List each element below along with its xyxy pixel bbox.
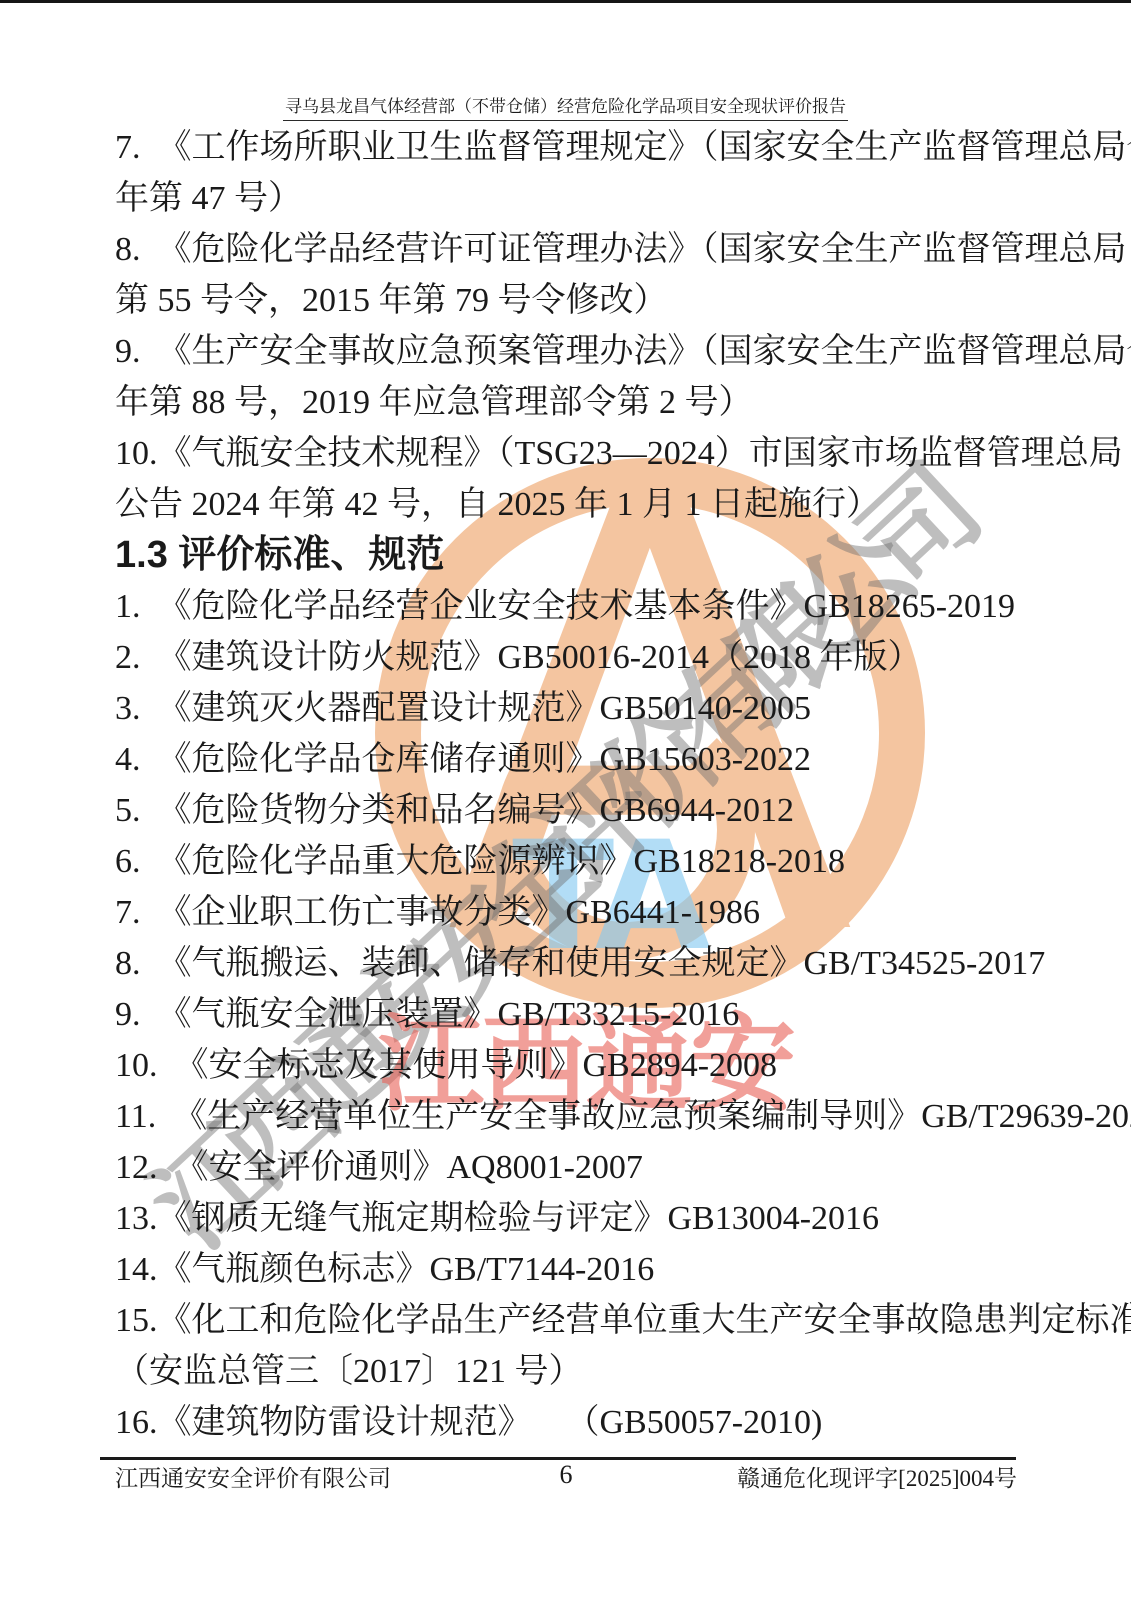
text-line: 11. 《生产经营单位生产安全事故应急预案编制导则》GB/T29639-2020 [115,1091,1017,1142]
text-line: 7. 《企业职工伤亡事故分类》GB6441-1986 [115,887,1017,938]
section-heading: 1.3 评价标准、规范 [115,530,1017,581]
text-line: 12. 《安全评价通则》AQ8001-2007 [115,1142,1017,1193]
footer-company: 江西通安安全评价有限公司 [115,1464,391,1494]
text-line: 5. 《危险货物分类和品名编号》GB6944-2012 [115,785,1017,836]
text-line: 9. 《生产安全事故应急预案管理办法》（国家安全生产监督管理总局令 2016 [115,326,1017,377]
text-line: 8. 《危险化学品经营许可证管理办法》（国家安全生产监督管理总局 2012 年 [115,224,1017,275]
report-title-header: 寻乌县龙昌气体经营部（不带仓储）经营危险化学品项目安全现状评价报告 [283,94,848,121]
text-line: 10. 《安全标志及其使用导则》GB2894-2008 [115,1040,1017,1091]
text-line: 7. 《工作场所职业卫生监督管理规定》（国家安全生产监督管理总局令 2012 [115,122,1017,173]
footer-rule [100,1457,1016,1460]
text-line: 9. 《气瓶安全泄压装置》GB/T33215-2016 [115,989,1017,1040]
text-line: 公告 2024 年第 42 号，自 2025 年 1 月 1 日起施行） [115,479,1017,530]
text-line: 13.《钢质无缝气瓶定期检验与评定》GB13004-2016 [115,1193,1017,1244]
footer-doc-number: 赣通危化现评字[2025]004号 [737,1464,1017,1494]
text-line: 8. 《气瓶搬运、装卸、储存和使用安全规定》GB/T34525-2017 [115,938,1017,989]
report-page: A TA 江西通安安全评价有限公司 江西通安 寻乌县龙昌气体经营部（不带仓储）经… [0,0,1131,1600]
document-body: 7. 《工作场所职业卫生监督管理规定》（国家安全生产监督管理总局令 2012年第… [115,122,1017,1448]
text-line: 1. 《危险化学品经营企业安全技术基本条件》GB18265-2019 [115,581,1017,632]
text-line: 14.《气瓶颜色标志》GB/T7144-2016 [115,1244,1017,1295]
text-line: 年第 88 号，2019 年应急管理部令第 2 号） [115,377,1017,428]
page-number: 6 [560,1460,573,1490]
text-line: 6. 《危险化学品重大危险源辨识》GB18218-2018 [115,836,1017,887]
text-line: 15.《化工和危险化学品生产经营单位重大生产安全事故隐患判定标准（试行）》 [115,1295,1017,1346]
text-line: 第 55 号令，2015 年第 79 号令修改） [115,275,1017,326]
text-line: 3. 《建筑灭火器配置设计规范》GB50140-2005 [115,683,1017,734]
text-line: 4. 《危险化学品仓库储存通则》GB15603-2022 [115,734,1017,785]
page-footer: 江西通安安全评价有限公司 6 赣通危化现评字[2025]004号 [115,1464,1017,1494]
text-line: 16.《建筑物防雷设计规范》 （GB50057-2010) [115,1397,1017,1448]
text-line: 年第 47 号） [115,173,1017,224]
text-line: 10.《气瓶安全技术规程》（TSG23—2024）市国家市场监督管理总局 [115,428,1017,479]
text-line: 2. 《建筑设计防火规范》GB50016-2014（2018 年版） [115,632,1017,683]
text-line: （安监总管三〔2017〕121 号） [115,1346,1017,1397]
page-header: 寻乌县龙昌气体经营部（不带仓储）经营危险化学品项目安全现状评价报告 [0,94,1131,121]
